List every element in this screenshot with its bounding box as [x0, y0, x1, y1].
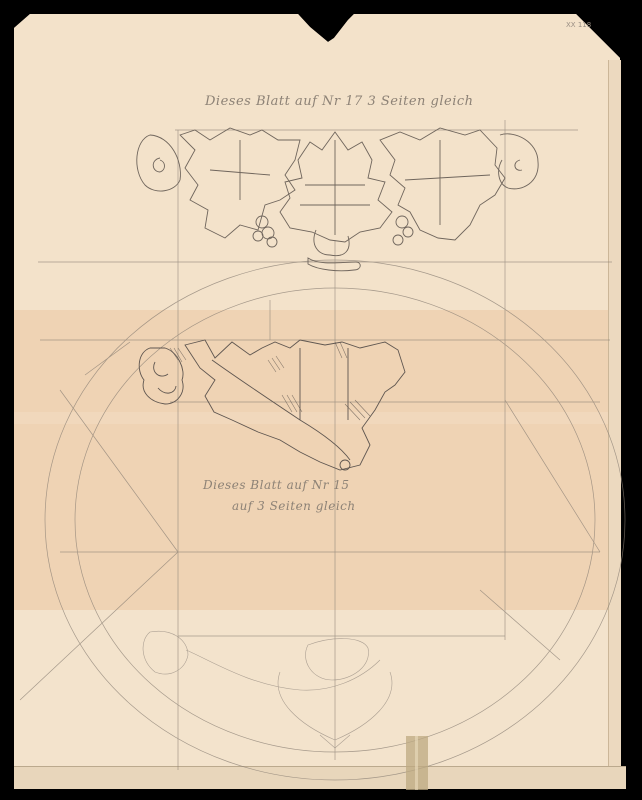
construction-lines — [20, 120, 625, 780]
tape-strip — [406, 736, 428, 790]
annotation-middle-line2: auf 3 Seiten gleich — [232, 499, 356, 513]
middle-leaf-frieze — [139, 340, 405, 470]
top-leaf-frieze — [137, 128, 538, 271]
inventory-number: XX 118 — [566, 21, 591, 29]
pencil-drawing — [0, 0, 642, 800]
annotation-top: Dieses Blatt auf Nr 17 3 Seiten gleich — [205, 94, 474, 109]
annotation-middle-line1: Dieses Blatt auf Nr 15 — [203, 478, 350, 492]
lower-faint-frieze — [143, 631, 392, 748]
